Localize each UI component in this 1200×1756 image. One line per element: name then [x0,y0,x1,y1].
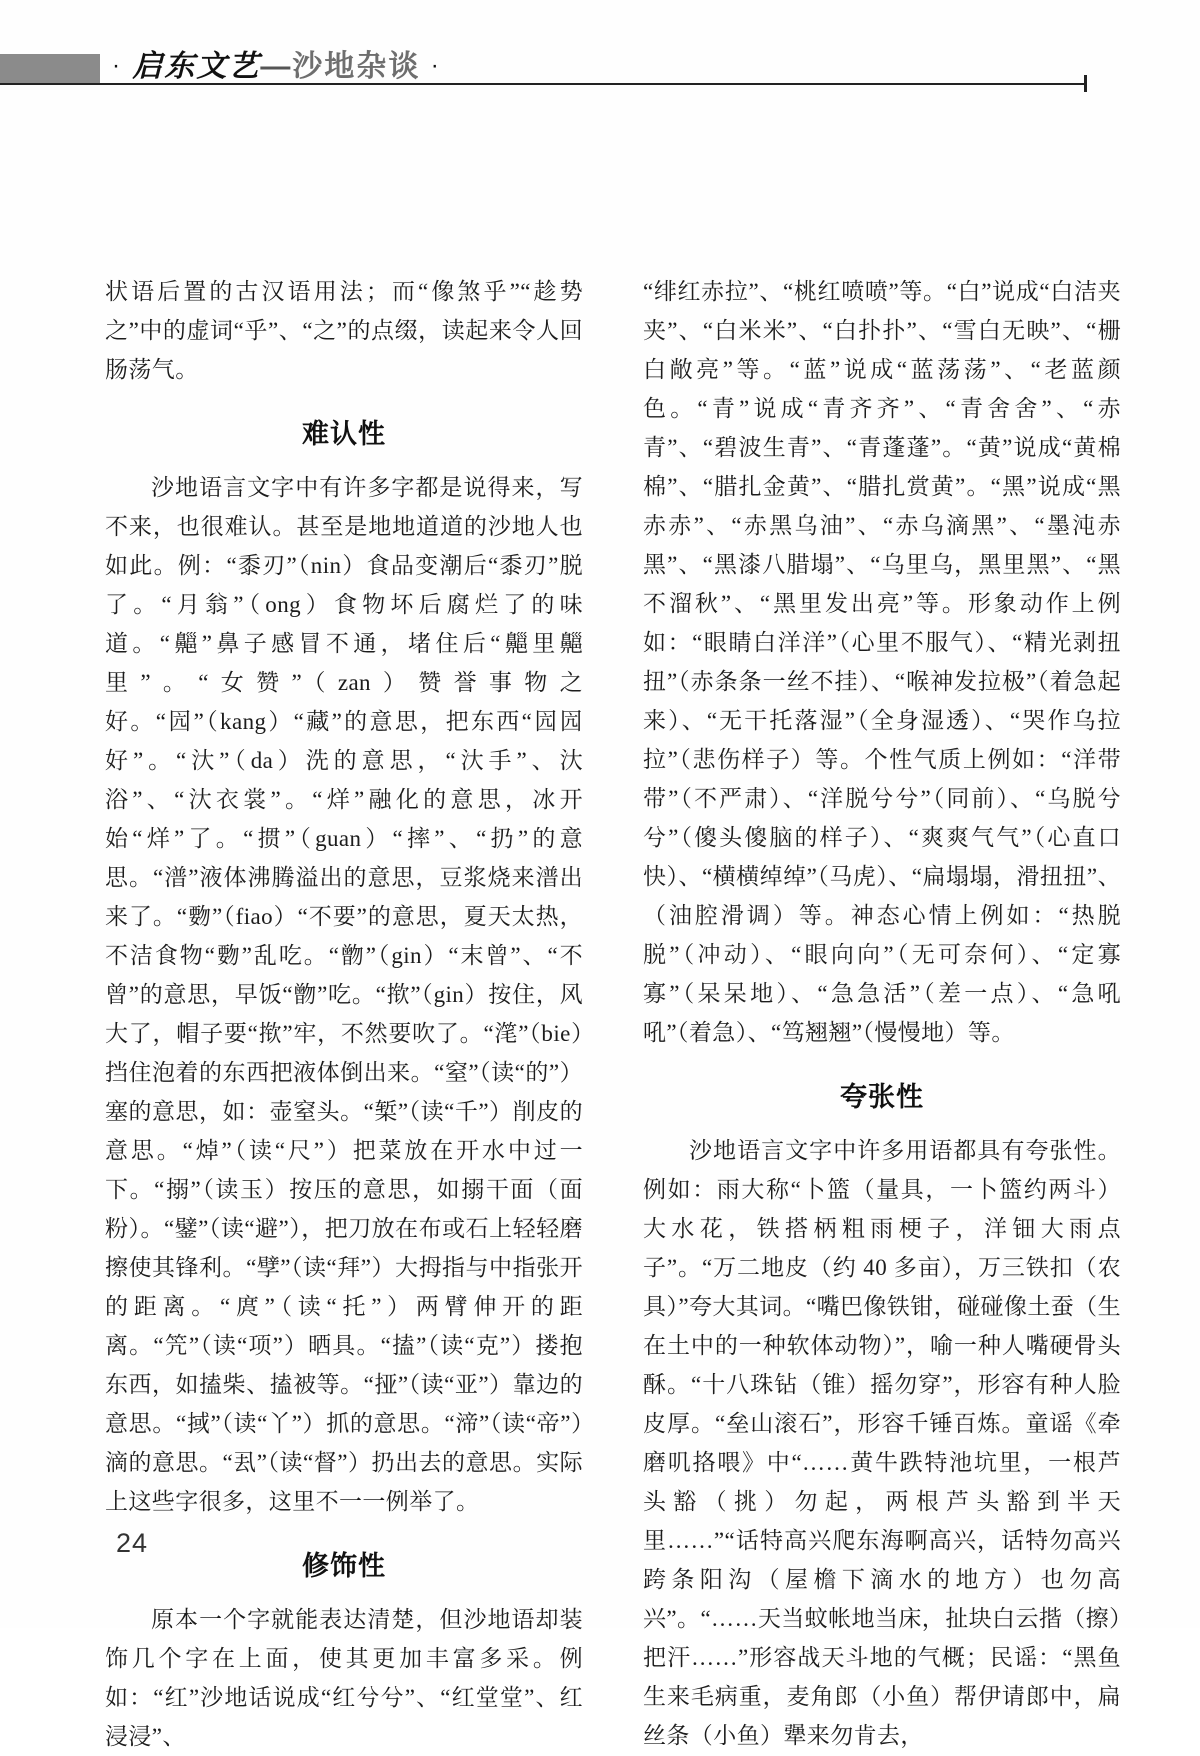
journal-name: 启东文艺 [132,49,260,84]
section-body-xiushixing: 原本一个字就能表达清楚，但沙地语却装饰几个字在上面，使其更加丰富多采。例如：“红… [105,1600,583,1756]
header-dot-right: · [431,52,441,79]
header-gray-block [0,54,100,83]
section-heading-nanrenxing: 难认性 [105,415,583,454]
section-heading-xiushixing: 修饰性 [105,1547,583,1586]
column-name: 沙地杂谈 [292,50,420,83]
section-body-kuazhangxing: 沙地语言文字中许多用语都具有夸张性。例如：雨大称“卜篮（量具，一卜篮约两斗）大水… [643,1131,1121,1755]
header-dot-left: · [112,52,122,79]
page-number: 24 [116,1528,148,1559]
section-heading-kuazhangxing: 夸张性 [643,1078,1121,1117]
continuation-paragraph: “绯红赤拉”、“桃红喷喷”等。“白”说成“白洁夹夹”、“白米米”、“白扑扑”、“… [643,272,1121,1052]
section-body-nanrenxing: 沙地语言文字中有许多字都是说得来，写不来，也很难认。甚至是地地道道的沙地人也如此… [105,468,583,1521]
header-dash: — [260,50,292,83]
scanned-page: · 启东文艺—沙地杂谈 · 状语后置的古汉语用法；而“像煞乎”“趁势之”中的虚词… [0,0,1200,1628]
left-column: 状语后置的古汉语用法；而“像煞乎”“趁势之”中的虚词“乎”、“之”的点缀，读起来… [105,272,583,1756]
right-column: “绯红赤拉”、“桃红喷喷”等。“白”说成“白洁夹夹”、“白米米”、“白扑扑”、“… [643,272,1121,1755]
header-rule [0,83,1086,85]
journal-header-title: · 启东文艺—沙地杂谈 · [112,46,441,86]
intro-paragraph: 状语后置的古汉语用法；而“像煞乎”“趁势之”中的虚词“乎”、“之”的点缀，读起来… [105,272,583,389]
header-rule-tick [1084,75,1087,92]
